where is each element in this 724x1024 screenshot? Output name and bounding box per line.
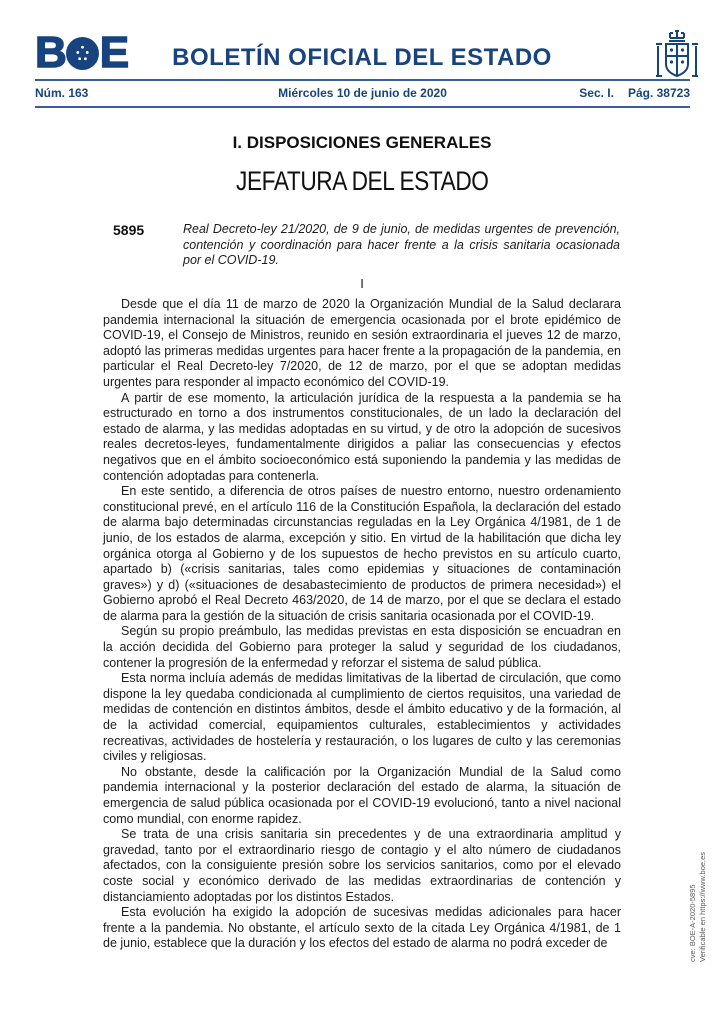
department-heading-text: JEFATURA DEL ESTADO bbox=[236, 166, 488, 197]
item-number: 5895 bbox=[113, 222, 144, 238]
body-paragraph: En este sentido, a diferencia de otros p… bbox=[103, 484, 621, 624]
header-rule-top bbox=[35, 79, 690, 81]
body-paragraph: Se trata de una crisis sanitaria sin pre… bbox=[103, 827, 621, 905]
body-paragraph: Desde que el día 11 de marzo de 2020 la … bbox=[103, 297, 621, 391]
header-bar: Núm. 163 Miércoles 10 de junio de 2020 S… bbox=[35, 86, 690, 102]
body-paragraph: No obstante, desde la calificación por l… bbox=[103, 765, 621, 827]
section-ref: Sec. I. bbox=[579, 86, 614, 100]
department-heading: JEFATURA DEL ESTADO bbox=[0, 166, 724, 197]
part-marker: I bbox=[0, 276, 724, 291]
header-rule-bottom bbox=[35, 106, 690, 108]
page-ref: Pág. 38723 bbox=[628, 86, 690, 100]
cve-marginalia: cve: BOE-A-2020-5895 Verificable en http… bbox=[688, 790, 710, 962]
body-paragraph: Esta evolución ha exigido la adopción de… bbox=[103, 905, 621, 952]
cve-verification-note: Verificable en https://www.boe.es bbox=[698, 790, 708, 962]
body-paragraph: A partir de ese momento, la articulación… bbox=[103, 391, 621, 485]
issue-date: Miércoles 10 de junio de 2020 bbox=[278, 86, 447, 100]
body-paragraph: Según su propio preámbulo, las medidas p… bbox=[103, 624, 621, 671]
masthead-title: BOLETÍN OFICIAL DEL ESTADO bbox=[0, 44, 724, 72]
item-title: Real Decreto-ley 21/2020, de 9 de junio,… bbox=[183, 222, 620, 269]
boe-document-page: B E BOLETÍN OFICIAL DEL ESTADO bbox=[0, 0, 724, 1024]
section-title: I. DISPOSICIONES GENERALES bbox=[0, 133, 724, 153]
issue-number: Núm. 163 bbox=[35, 86, 88, 100]
body-paragraph: Esta norma incluía además de medidas lim… bbox=[103, 671, 621, 765]
cve-code: cve: BOE-A-2020-5895 bbox=[688, 790, 698, 962]
body-text: Desde que el día 11 de marzo de 2020 la … bbox=[103, 297, 621, 952]
